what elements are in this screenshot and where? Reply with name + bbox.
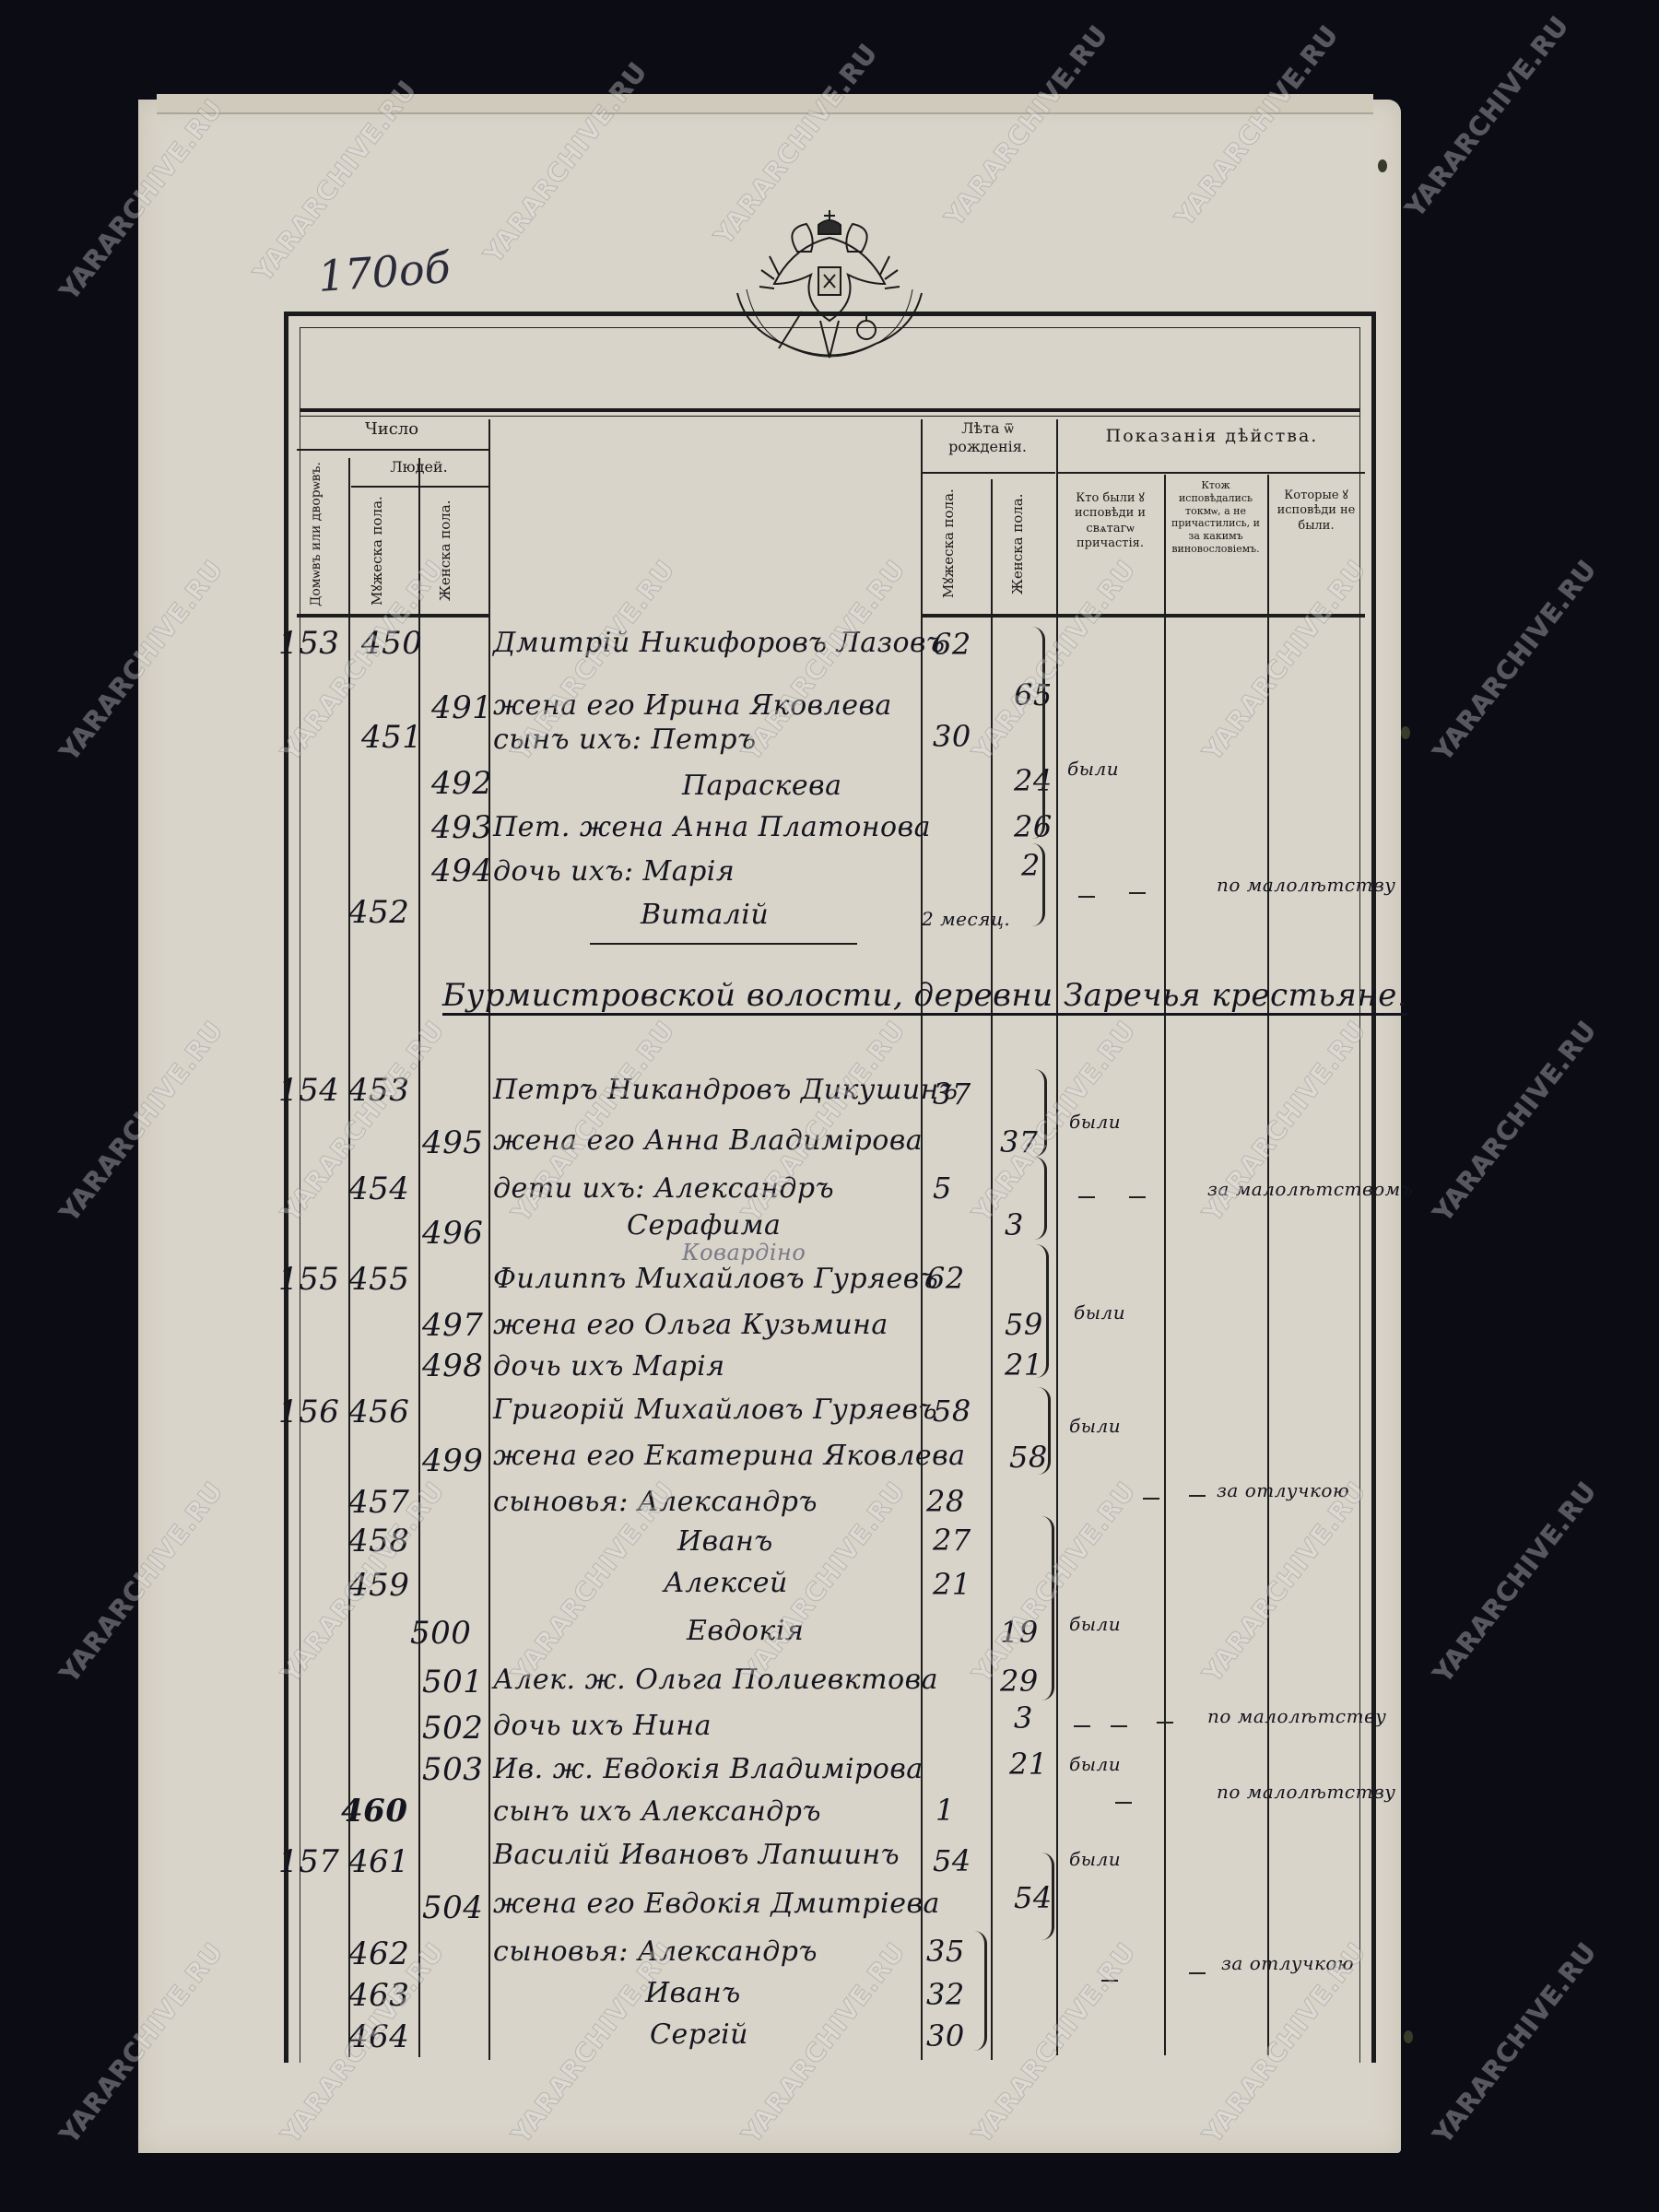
pencil-note: Ковардіно <box>682 1240 806 1265</box>
attendance-mark: были <box>1069 1753 1121 1775</box>
group-brace <box>1034 1244 1049 1378</box>
absence-reason: по малолѣтству <box>1217 1781 1395 1803</box>
watermark: YARARCHIVE.RU <box>1427 1936 1603 2149</box>
male-number: 454 <box>348 1171 409 1207</box>
dash-mark <box>1143 1498 1159 1500</box>
page-edge <box>157 94 1373 114</box>
female-number: 500 <box>410 1615 471 1652</box>
male-number: 450 <box>361 625 422 662</box>
person-name: Филиппъ Михайловъ Гуряевъ <box>493 1263 938 1295</box>
dash-mark <box>1157 1722 1173 1724</box>
attendance-mark: были <box>1069 1111 1121 1133</box>
dash-mark <box>1074 1725 1090 1727</box>
female-number: 491 <box>431 689 492 726</box>
person-name: Пет. жена Анна Платонова <box>493 811 931 843</box>
header-age: Лѣта ѿ рожденія. <box>925 419 1050 456</box>
male-age: 30 <box>933 719 971 754</box>
house-number: 157 <box>278 1843 339 1880</box>
female-age: 19 <box>1000 1615 1039 1650</box>
female-number: 493 <box>431 809 492 846</box>
male-age: 35 <box>926 1934 965 1969</box>
male-number: 464 <box>348 2018 409 2055</box>
group-brace <box>1036 1387 1051 1475</box>
dash-mark <box>1078 1196 1095 1198</box>
male-age: 62 <box>933 627 971 662</box>
male-number: 457 <box>348 1484 409 1521</box>
group-brace <box>1030 843 1045 926</box>
person-name: Алексей <box>664 1567 788 1599</box>
person-name: Григорій Михайловъ Гуряевъ <box>493 1394 937 1426</box>
absence-reason: по малолѣтству <box>1207 1705 1386 1727</box>
male-number: 455 <box>348 1261 409 1298</box>
attendance-mark: были <box>1067 758 1119 780</box>
female-number: 496 <box>422 1215 483 1252</box>
male-number: 462 <box>348 1935 409 1972</box>
group-brace <box>972 1931 987 2051</box>
header-age-male: Мꙋжеска пола. <box>940 479 958 608</box>
header-rule <box>1056 472 1365 474</box>
male-age: 32 <box>926 1977 965 2012</box>
male-number: 458 <box>348 1523 409 1559</box>
person-name: сыновья: Александръ <box>493 1486 818 1518</box>
male-age: 27 <box>933 1523 971 1558</box>
dash-mark <box>1189 1972 1206 1974</box>
person-name: дети ихъ: Александръ <box>493 1172 834 1205</box>
col-divider <box>1164 475 1166 2055</box>
male-age: 62 <box>926 1261 965 1296</box>
watermark: YARARCHIVE.RU <box>1427 554 1603 767</box>
folio-number: 170об <box>316 242 452 301</box>
person-name: Параскева <box>682 770 841 802</box>
person-name: Алек. ж. Ольга Полиевктова <box>493 1664 938 1696</box>
watermark: YARARCHIVE.RU <box>1427 1476 1603 1688</box>
col-divider <box>418 458 420 2057</box>
female-number: 497 <box>422 1307 483 1344</box>
col-divider <box>1267 475 1269 2055</box>
header-confessed-only: Ктож исповѣдались токмѡ, а не причастили… <box>1166 479 1265 556</box>
female-age: 3 <box>1005 1207 1024 1242</box>
group-brace <box>1040 1853 1054 1940</box>
dash-mark <box>1189 1495 1206 1497</box>
male-age: 28 <box>926 1484 965 1519</box>
person-name: Серафима <box>627 1209 781 1241</box>
person-name: Иванъ <box>677 1525 773 1558</box>
male-number: 452 <box>348 894 409 931</box>
person-name: Сергій <box>650 2018 748 2051</box>
female-age: 3 <box>1014 1700 1033 1735</box>
dash-mark <box>1078 896 1095 898</box>
absence-reason: за отлучкою <box>1221 1952 1354 1974</box>
header-rule <box>297 449 488 451</box>
punch-hole <box>1378 159 1387 172</box>
house-number: 155 <box>278 1261 339 1298</box>
female-age: 21 <box>1009 1747 1048 1782</box>
person-name: сыновья: Александръ <box>493 1935 818 1968</box>
person-name: Виталій <box>641 899 769 931</box>
attendance-mark: были <box>1074 1301 1125 1324</box>
punch-hole <box>1404 2030 1413 2043</box>
group-brace <box>1032 1157 1047 1240</box>
female-number: 504 <box>422 1889 483 1926</box>
person-name: Василій Ивановъ Лапшинъ <box>493 1839 900 1871</box>
header-houses: Домѡвъ или дворѡвъ. <box>309 461 325 608</box>
person-name: жена его Анна Владимірова <box>493 1124 923 1157</box>
header-confessed-communed: Кто были ꙋ исповѣди и свѧтагѡ причастія. <box>1058 484 1162 551</box>
male-age: 37 <box>933 1077 971 1112</box>
attendance-mark: были <box>1069 1613 1121 1635</box>
female-number: 503 <box>422 1751 483 1788</box>
person-name: жена его Ольга Кузьмина <box>493 1309 888 1341</box>
male-age: 21 <box>933 1567 971 1602</box>
header-rule <box>351 486 488 488</box>
male-number: 461 <box>348 1843 409 1880</box>
person-name: дочь ихъ Марія <box>493 1350 725 1382</box>
col-divider <box>1056 419 1058 2055</box>
punch-hole <box>1401 726 1410 739</box>
person-name: Ив. ж. Евдокія Владимірова <box>493 1753 924 1785</box>
female-age: 29 <box>1000 1664 1039 1699</box>
header-male: Мꙋжеска пола. <box>369 493 386 608</box>
house-number: 154 <box>278 1072 339 1109</box>
absence-reason: по малолѣтству <box>1217 874 1395 896</box>
male-number: 463 <box>348 1977 409 2014</box>
female-number: 499 <box>422 1442 483 1479</box>
male-age: 5 <box>933 1171 952 1206</box>
male-number: 459 <box>348 1567 409 1604</box>
person-name: Евдокія <box>687 1615 804 1647</box>
header-bottom-rule <box>297 614 488 618</box>
male-number: 456 <box>348 1394 409 1430</box>
female-number: 494 <box>431 853 492 889</box>
male-age: 1 <box>935 1793 955 1828</box>
male-number: 460 <box>341 1793 407 1830</box>
header-pokazaniya: Показанія дѣйства. <box>1060 426 1364 448</box>
male-age: 2 месяц. <box>922 908 1010 930</box>
person-name: жена его Евдокія Дмитріева <box>493 1888 940 1920</box>
person-name: сынъ ихъ Александръ <box>493 1795 821 1828</box>
header-people: Людей. <box>361 458 477 477</box>
male-age: 30 <box>926 2018 965 2053</box>
group-brace <box>1040 1516 1054 1700</box>
attendance-mark: были <box>1069 1848 1121 1870</box>
person-name: Иванъ <box>645 1977 741 2009</box>
female-number: 495 <box>422 1124 483 1161</box>
header-double-rule <box>300 408 1360 417</box>
section-heading: Бурмистровской волости, деревни Заречья … <box>442 977 1407 1014</box>
person-name: дочь ихъ: Марія <box>493 855 735 888</box>
col-divider <box>921 419 923 2060</box>
header-age-female: Женска пола. <box>1009 479 1027 608</box>
dash-mark <box>1129 1196 1146 1198</box>
family-separator <box>590 943 857 945</box>
female-number: 498 <box>422 1347 483 1384</box>
group-brace <box>1032 1069 1047 1157</box>
header-rule <box>921 472 1055 474</box>
male-age: 58 <box>933 1394 971 1429</box>
house-number: 156 <box>278 1394 339 1430</box>
house-number: 153 <box>278 625 339 662</box>
header-chislo: Число <box>313 419 470 441</box>
dash-mark <box>1111 1725 1127 1727</box>
person-name: дочь ихъ Нина <box>493 1710 712 1742</box>
person-name: жена его Ирина Яковлева <box>493 689 892 722</box>
header-not-confessed: Которые ꙋ исповѣди не были. <box>1270 488 1362 534</box>
dash-mark <box>1129 892 1146 894</box>
attendance-mark: были <box>1069 1415 1121 1437</box>
watermark: YARARCHIVE.RU <box>1399 10 1575 223</box>
male-number: 451 <box>361 719 422 756</box>
absence-reason: за малолѣтствомъ <box>1207 1178 1414 1200</box>
dash-mark <box>1115 1802 1132 1804</box>
female-number: 502 <box>422 1710 483 1747</box>
group-brace <box>1030 627 1045 839</box>
header-female: Женска пола. <box>437 493 454 608</box>
female-number: 501 <box>422 1664 483 1700</box>
female-number: 492 <box>431 765 492 802</box>
person-name: Петръ Никандровъ Дикушинъ <box>493 1074 958 1106</box>
header-bottom-rule <box>921 614 1365 618</box>
male-number: 453 <box>348 1072 409 1109</box>
male-age: 54 <box>933 1843 971 1878</box>
person-name: сынъ ихъ: Петръ <box>493 724 756 756</box>
col-divider <box>488 419 490 2060</box>
absence-reason: за отлучкою <box>1217 1479 1349 1501</box>
person-name: жена его Екатерина Яковлева <box>493 1440 966 1472</box>
person-name: Дмитрій Никифоровъ Лазовъ <box>493 627 946 659</box>
watermark: YARARCHIVE.RU <box>1427 1015 1603 1228</box>
dash-mark <box>1101 1980 1118 1982</box>
col-divider <box>991 479 993 2060</box>
